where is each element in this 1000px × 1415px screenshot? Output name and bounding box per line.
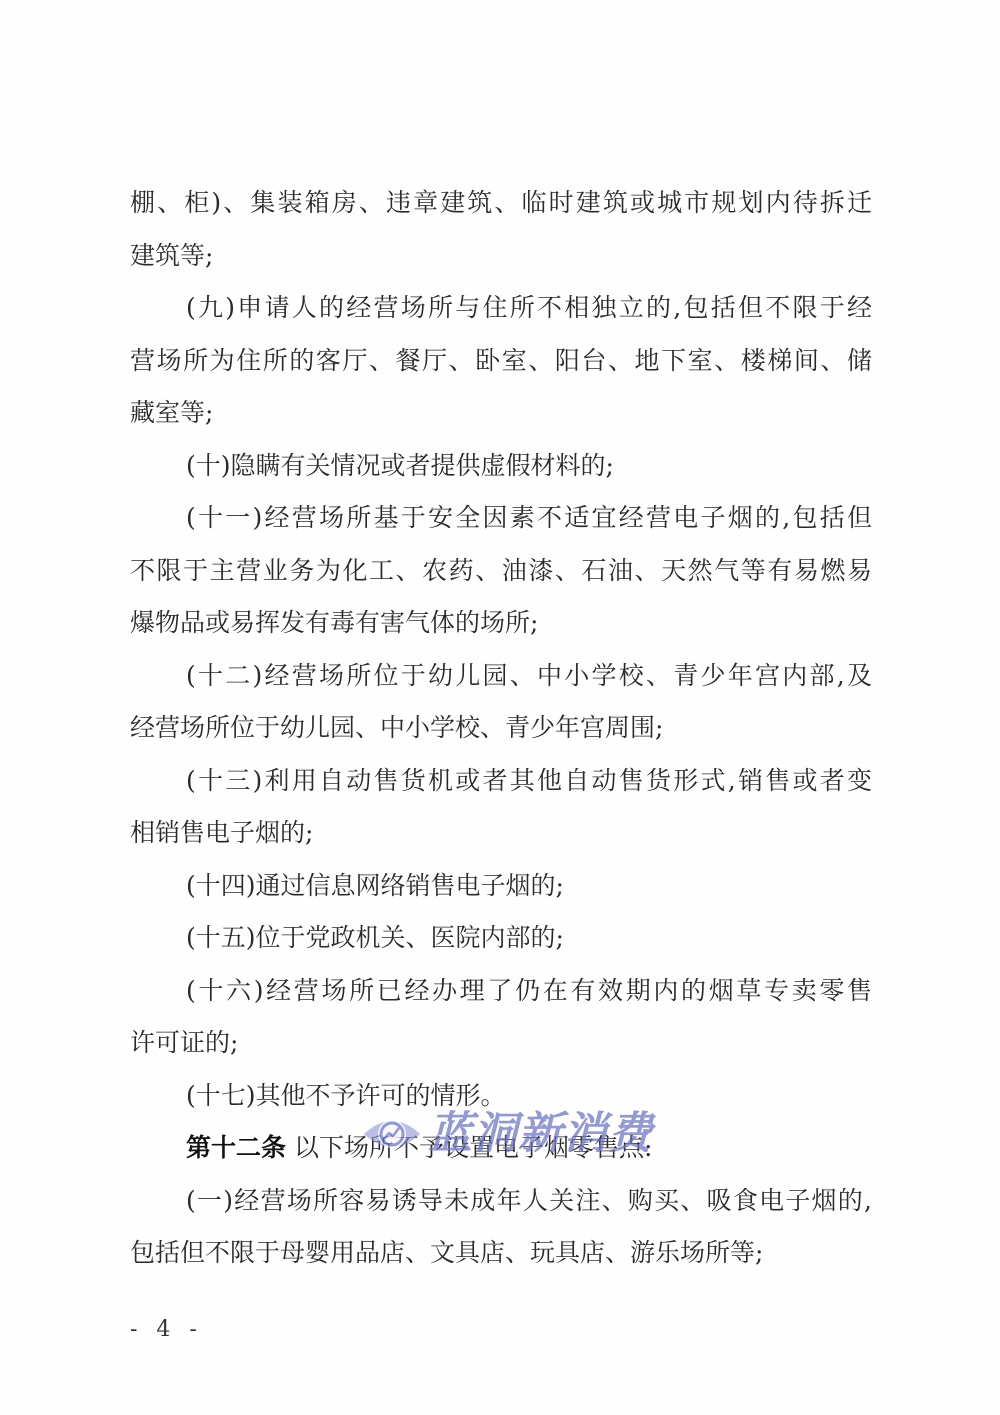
text-line: (十六)经营场所已经办理了仍在有效期内的烟草专卖零售 (130, 965, 872, 1018)
text-line: (十一)经营场所基于安全因素不适宜经营电子烟的,包括但 (130, 492, 872, 545)
text-line: (十五)位于党政机关、医院内部的; (130, 912, 872, 965)
text-line: 爆物品或易挥发有毒有害气体的场所; (130, 597, 872, 650)
document-body: 棚、柜)、集装箱房、违章建筑、临时建筑或城市规划内待拆迁 建筑等; (九)申请人… (130, 177, 872, 1280)
text-line: 包括但不限于母婴用品店、文具店、玩具店、游乐场所等; (130, 1227, 872, 1280)
text-line: 建筑等; (130, 230, 872, 283)
text-line: (九)申请人的经营场所与住所不相独立的,包括但不限于经 (130, 282, 872, 335)
text-line: (一)经营场所容易诱导未成年人关注、购买、吸食电子烟的, (130, 1175, 872, 1228)
text-line: (十)隐瞒有关情况或者提供虚假材料的; (130, 440, 872, 493)
article-heading: 第十二条 以下场所不予设置电子烟零售点: (130, 1122, 872, 1175)
text-line: 不限于主营业务为化工、农药、油漆、石油、天然气等有易燃易 (130, 545, 872, 598)
text-line: 棚、柜)、集装箱房、违章建筑、临时建筑或城市规划内待拆迁 (130, 177, 872, 230)
text-line: 营场所为住所的客厅、餐厅、卧室、阳台、地下室、楼梯间、储 (130, 335, 872, 388)
document-page: 棚、柜)、集装箱房、违章建筑、临时建筑或城市规划内待拆迁 建筑等; (九)申请人… (0, 0, 1000, 1415)
article-number: 第十二条 (186, 1133, 286, 1162)
text-line: 藏室等; (130, 387, 872, 440)
article-heading-text: 以下场所不予设置电子烟零售点: (286, 1133, 652, 1162)
text-line: (十二)经营场所位于幼儿园、中小学校、青少年宫内部,及 (130, 650, 872, 703)
text-line: 相销售电子烟的; (130, 807, 872, 860)
text-line: (十四)通过信息网络销售电子烟的; (130, 860, 872, 913)
page-number: - 4 - (130, 1312, 203, 1348)
text-line: (十三)利用自动售货机或者其他自动售货形式,销售或者变 (130, 755, 872, 808)
text-line: 许可证的; (130, 1017, 872, 1070)
text-line: (十七)其他不予许可的情形。 (130, 1070, 872, 1123)
text-line: 经营场所位于幼儿园、中小学校、青少年宫周围; (130, 702, 872, 755)
